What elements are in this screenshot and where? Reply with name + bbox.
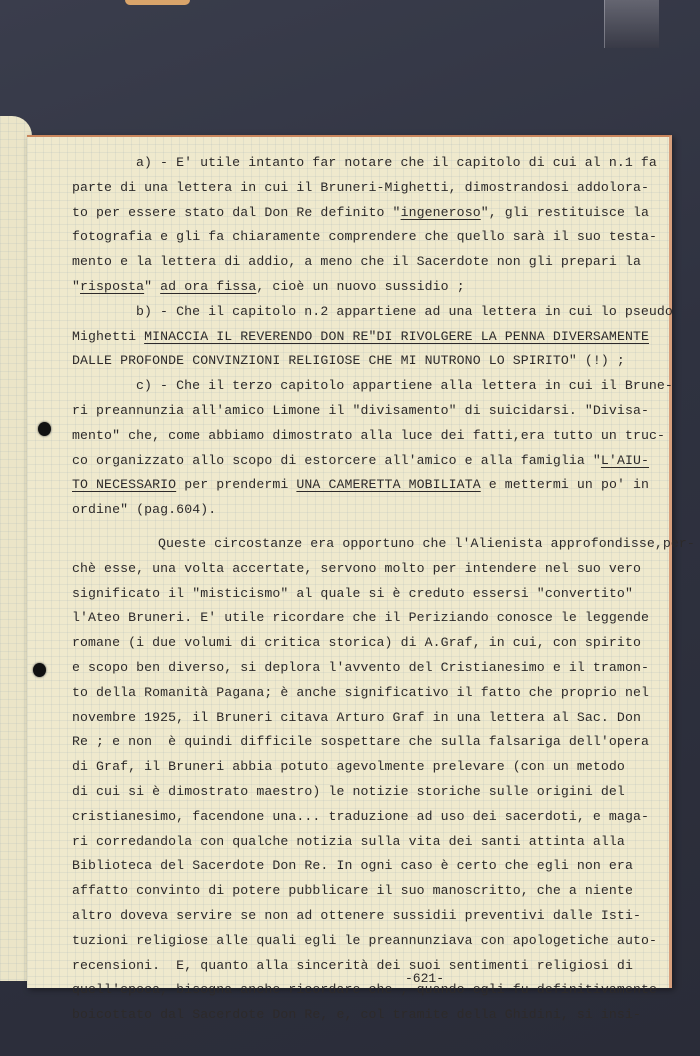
text-line: mento e la lettera di addio, a meno che … bbox=[72, 250, 662, 275]
text-line: TO NECESSARIO per prendermi UNA CAMERETT… bbox=[72, 473, 662, 498]
text-line: DALLE PROFONDE CONVINZIONI RELIGIOSE CHE… bbox=[72, 349, 662, 374]
text-line: e scopo ben diverso, si deplora l'avvent… bbox=[72, 656, 662, 681]
text-line: c) - Che il terzo capitolo appartiene al… bbox=[72, 374, 662, 399]
text-line: Re ; e non è quindi difficile sospettare… bbox=[72, 730, 662, 755]
text-line: di cui si è dimostrato maestro) le notiz… bbox=[72, 780, 662, 805]
text-line: affatto convinto di potere pubblicare il… bbox=[72, 879, 662, 904]
text-line: mento" che, come abbiamo dimostrato alla… bbox=[72, 424, 662, 449]
typewritten-page: a) - E' utile intanto far notare che il … bbox=[27, 135, 672, 988]
text-line: significato il "misticismo" al quale si … bbox=[72, 582, 662, 607]
underlined-text: TO NECESSARIO bbox=[72, 477, 176, 492]
text-line: chè esse, una volta accertate, servono m… bbox=[72, 557, 662, 582]
text-line: Mighetti MINACCIA IL REVERENDO DON RE"DI… bbox=[72, 325, 662, 350]
text-line: co organizzato allo scopo di estorcere a… bbox=[72, 449, 662, 474]
underlined-text: MINACCIA IL REVERENDO DON RE"DI RIVOLGER… bbox=[144, 329, 649, 344]
text-line: fotografia e gli fa chiaramente comprend… bbox=[72, 225, 662, 250]
underlined-text: UNA CAMERETTA MOBILIATA bbox=[296, 477, 480, 492]
text-line: altro doveva servire se non ad ottenere … bbox=[72, 904, 662, 929]
underlined-text: ad ora fissa bbox=[160, 279, 256, 294]
text-line: to per essere stato dal Don Re definito … bbox=[72, 201, 662, 226]
text-line: romane (i due volumi di critica storica)… bbox=[72, 631, 662, 656]
text-line: di Graf, il Bruneri abbia potuto agevolm… bbox=[72, 755, 662, 780]
underlined-text: risposta bbox=[80, 279, 144, 294]
text-line: to della Romanità Pagana; è anche signif… bbox=[72, 681, 662, 706]
text-line: boicottato dal Sacerdote Don Re, e, col … bbox=[72, 1003, 662, 1028]
paragraph-a: a) - E' utile intanto far notare che il … bbox=[72, 151, 662, 300]
text-line: tuzioni religiose alle quali egli le pre… bbox=[72, 929, 662, 954]
text-line: novembre 1925, il Bruneri citava Arturo … bbox=[72, 706, 662, 731]
text-line: Queste circostanze era opportuno che l'A… bbox=[72, 532, 662, 557]
text-line: l'Ateo Bruneri. E' utile ricordare che i… bbox=[72, 606, 662, 631]
underlined-text: L'AIU- bbox=[601, 453, 649, 468]
text-line: a) - E' utile intanto far notare che il … bbox=[72, 151, 662, 176]
paper-scrap bbox=[125, 0, 190, 5]
punch-hole-upper bbox=[38, 422, 51, 436]
paragraph-b: b) - Che il capitolo n.2 appartiene ad u… bbox=[72, 300, 662, 374]
page-number: -621- bbox=[405, 971, 444, 986]
adhesive-tape bbox=[604, 0, 659, 48]
text-line: ri corredandola con qualche notizia sull… bbox=[72, 830, 662, 855]
text-line: "risposta" ad ora fissa, cioè un nuovo s… bbox=[72, 275, 662, 300]
text-line: Biblioteca del Sacerdote Don Re. In ogni… bbox=[72, 854, 662, 879]
underlined-text: ingeneroso bbox=[401, 205, 481, 220]
text-line: quell'epoca, bisogna anche ricordare che… bbox=[72, 978, 662, 1003]
text-line: recensioni. E, quanto alla sincerità dei… bbox=[72, 954, 662, 979]
text-line: parte di una lettera in cui il Bruneri-M… bbox=[72, 176, 662, 201]
punch-hole-lower bbox=[33, 663, 46, 677]
text-line: ordine" (pag.604). bbox=[72, 498, 662, 523]
text-line: ri preannunzia all'amico Limone il "divi… bbox=[72, 399, 662, 424]
paragraph-c: c) - Che il terzo capitolo appartiene al… bbox=[72, 374, 662, 523]
page-text: a) - E' utile intanto far notare che il … bbox=[72, 151, 662, 1028]
text-line: b) - Che il capitolo n.2 appartiene ad u… bbox=[72, 300, 662, 325]
text-line: cristianesimo, facendone una... traduzio… bbox=[72, 805, 662, 830]
paragraph-main: Queste circostanze era opportuno che l'A… bbox=[72, 532, 662, 1028]
